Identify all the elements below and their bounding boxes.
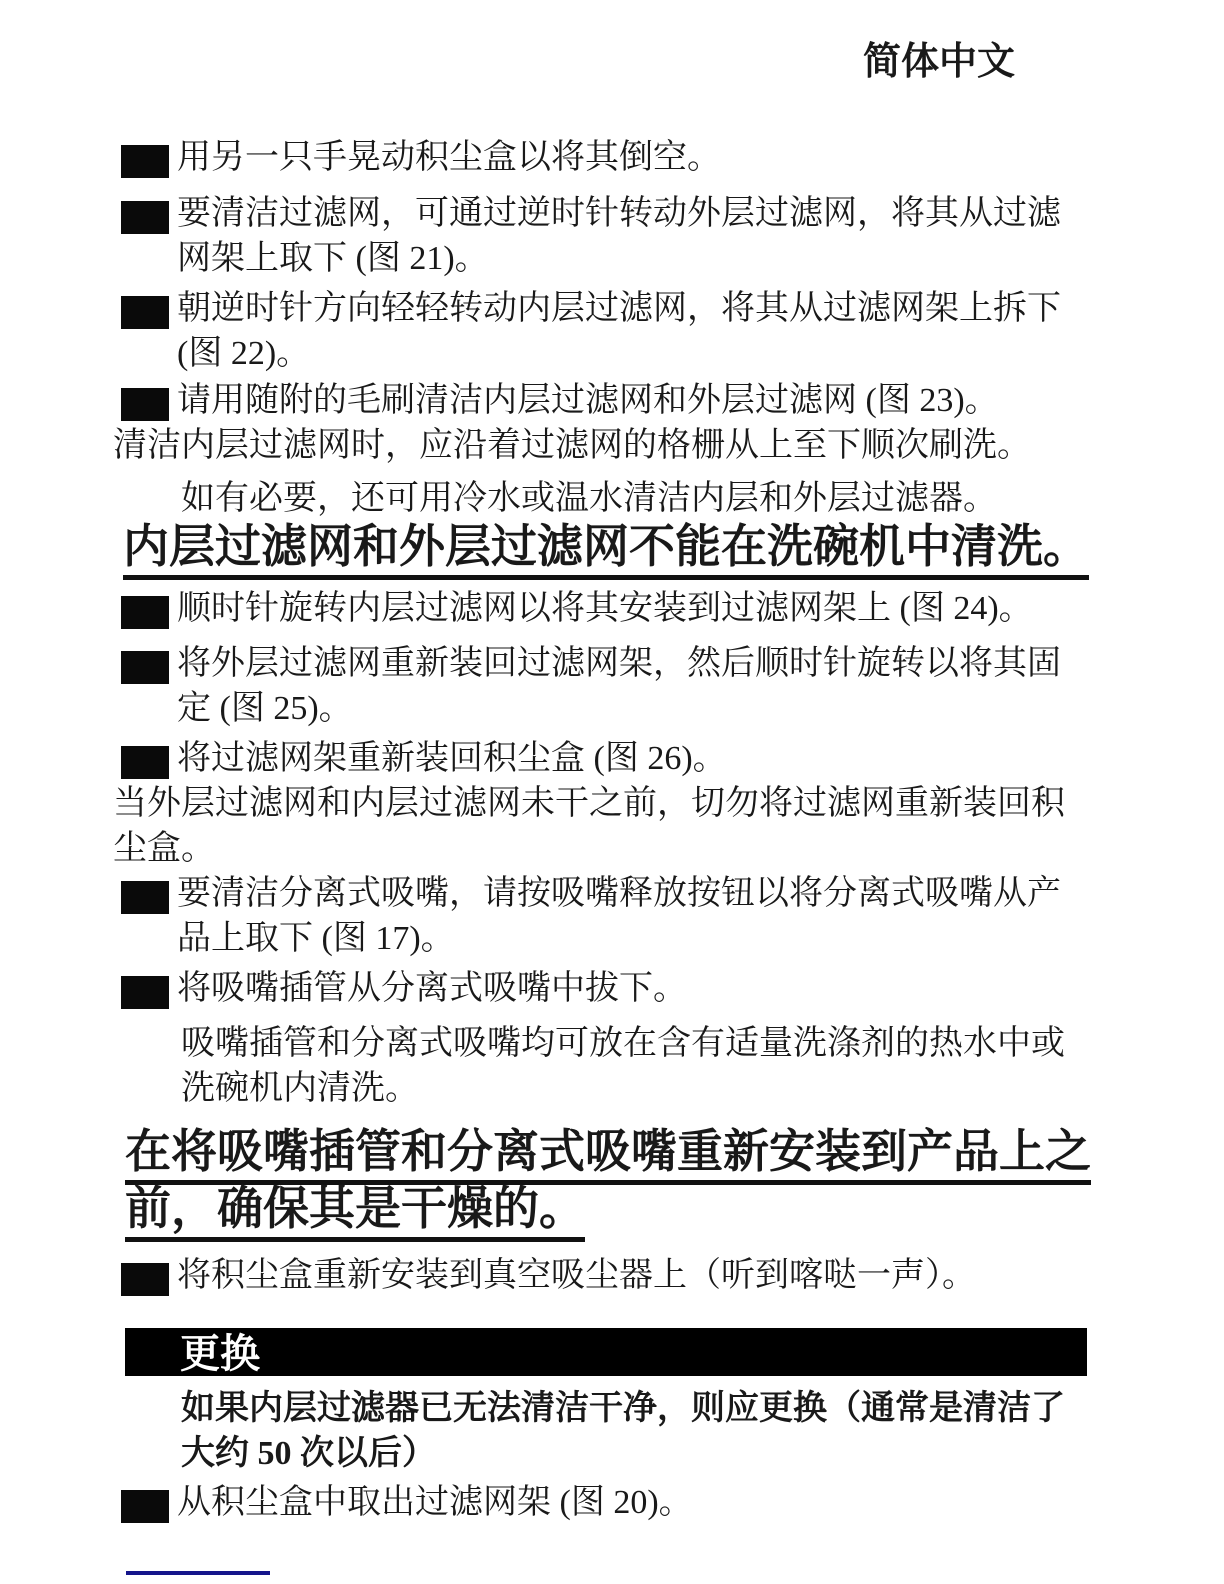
list-item-line: 要清洁过滤网，可通过逆时针转动外层过滤网，将其从过滤 xyxy=(177,194,1061,233)
section-bar: 更换 xyxy=(125,1328,1087,1376)
list-item-line: 将过滤网架重新装回积尘盒 (图 26)。 xyxy=(177,739,727,778)
bullet-square-icon xyxy=(121,746,169,779)
warning-heading-line: 前，确保其是干燥的。 xyxy=(125,1184,585,1242)
section-bar-title: 更换 xyxy=(180,1332,260,1376)
list-item-line: 品上取下 (图 17)。 xyxy=(177,919,455,958)
list-item-line: 将外层过滤网重新装回过滤网架，然后顺时针旋转以将其固 xyxy=(177,644,1061,683)
language-header: 简体中文 xyxy=(863,42,1015,84)
footer-accent-line xyxy=(126,1571,270,1575)
bullet-square-icon xyxy=(121,1263,169,1296)
list-item-line: 将吸嘴插管从分离式吸嘴中拔下。 xyxy=(177,969,687,1008)
continuation-line: 尘盒。 xyxy=(113,829,215,868)
bullet-square-icon xyxy=(121,145,169,178)
list-item-line: 要清洁分离式吸嘴，请按吸嘴释放按钮以将分离式吸嘴从产 xyxy=(177,874,1061,913)
bullet-square-icon xyxy=(121,388,169,421)
bold-note-line: 大约 50 次以后） xyxy=(181,1434,436,1473)
note-line: 洗碗机内清洗。 xyxy=(181,1069,419,1108)
manual-page: 简体中文 用另一只手晃动积尘盒以将其倒空。 要清洁过滤网，可通过逆时针转动外层过… xyxy=(0,0,1224,1584)
note-line: 如有必要，还可用冷水或温水清洁内层和外层过滤器。 xyxy=(181,479,997,518)
bullet-square-icon xyxy=(121,201,169,234)
bullet-square-icon xyxy=(121,976,169,1009)
bullet-square-icon xyxy=(121,881,169,914)
list-item-line: 顺时针旋转内层过滤网以将其安装到过滤网架上 (图 24)。 xyxy=(177,589,1033,628)
continuation-line: 清洁内层过滤网时，应沿着过滤网的格栅从上至下顺次刷洗。 xyxy=(113,426,1031,465)
bold-note-line: 如果内层过滤器已无法清洁干净，则应更换（通常是清洁了 xyxy=(181,1389,1065,1428)
list-item-line: 将积尘盒重新安装到真空吸尘器上（听到喀哒一声）。 xyxy=(177,1256,976,1295)
list-item-line: 从积尘盒中取出过滤网架 (图 20)。 xyxy=(177,1483,693,1522)
list-item-line: (图 22)。 xyxy=(177,334,310,373)
note-line: 吸嘴插管和分离式吸嘴均可放在含有适量洗涤剂的热水中或 xyxy=(181,1024,1065,1063)
bullet-square-icon xyxy=(121,596,169,629)
list-item-line: 请用随附的毛刷清洁内层过滤网和外层过滤网 (图 23)。 xyxy=(177,381,999,420)
bullet-square-icon xyxy=(121,296,169,329)
list-item-line: 朝逆时针方向轻轻转动内层过滤网，将其从过滤网架上拆下 xyxy=(177,289,1061,328)
list-item-line: 定 (图 25)。 xyxy=(177,689,353,728)
bullet-square-icon xyxy=(121,1490,169,1523)
bullet-square-icon xyxy=(121,651,169,684)
warning-heading-line: 内层过滤网和外层过滤网不能在洗碗机中清洗。 xyxy=(123,522,1089,580)
list-item-line: 用另一只手晃动积尘盒以将其倒空。 xyxy=(177,138,721,177)
continuation-line: 当外层过滤网和内层过滤网未干之前，切勿将过滤网重新装回积 xyxy=(113,784,1065,823)
list-item-line: 网架上取下 (图 21)。 xyxy=(177,239,489,278)
warning-heading-line: 在将吸嘴插管和分离式吸嘴重新安装到产品上之 xyxy=(125,1127,1091,1185)
